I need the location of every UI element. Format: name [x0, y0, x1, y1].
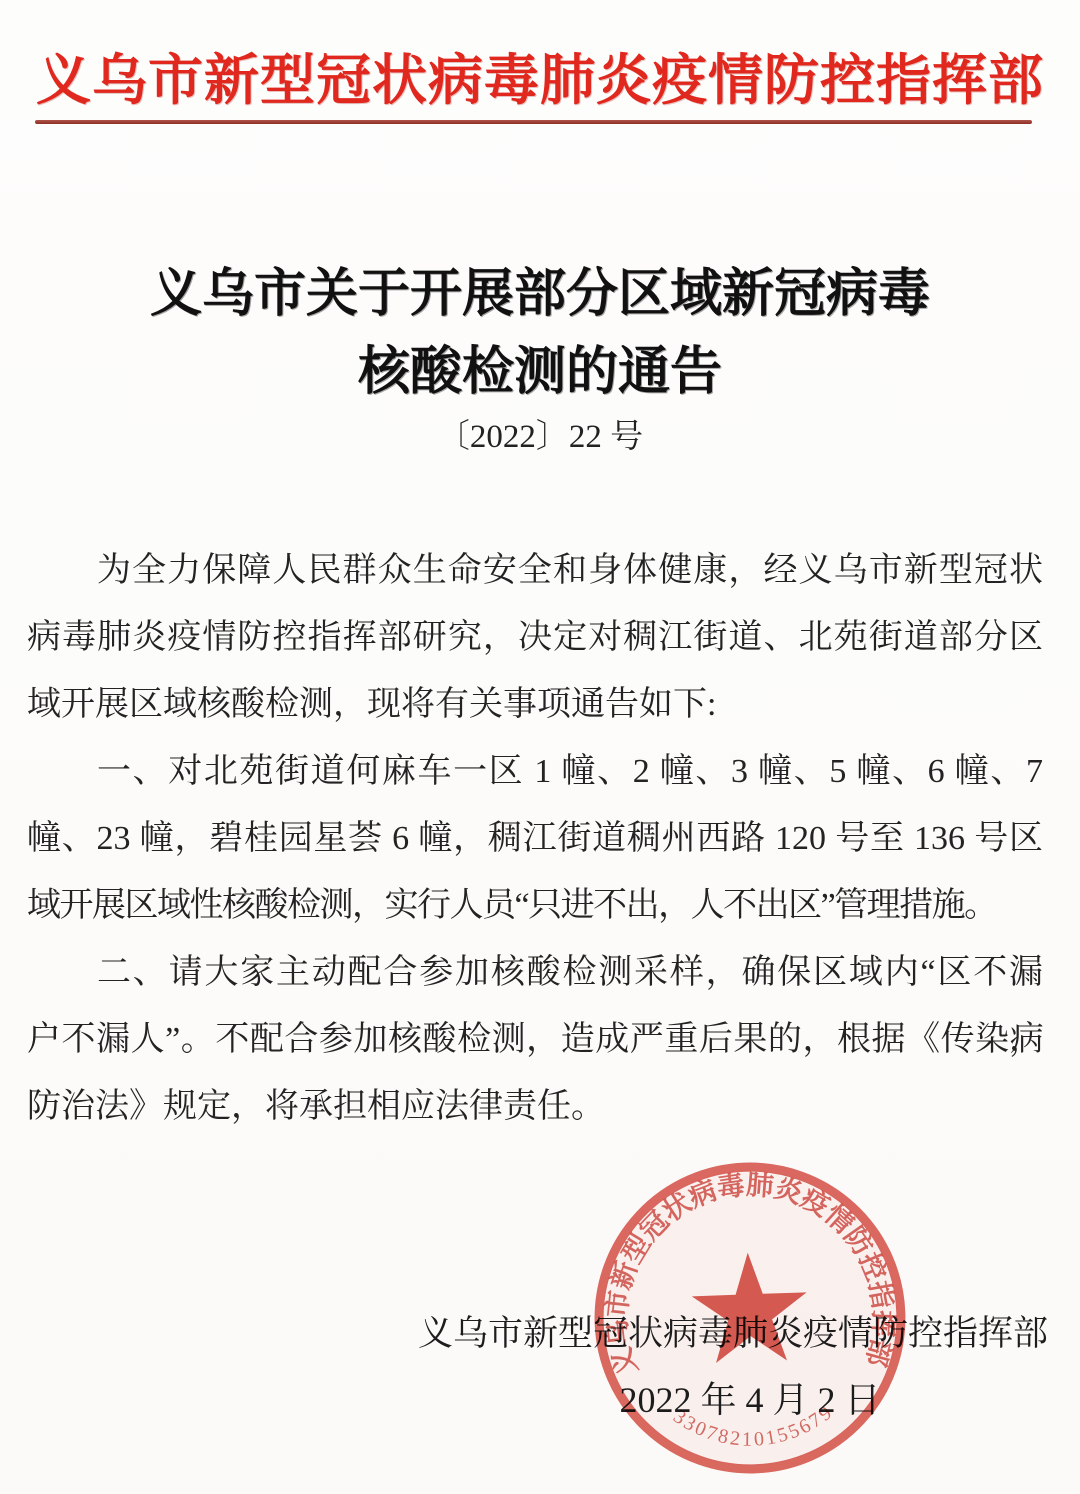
body-line: 域开展区域核酸检测，现将有关事项通告如下:: [27, 671, 1043, 738]
body-line: 幢、23 幢，碧桂园星荟 6 幢，稠江街道稠州西路 120 号至 136 号区: [27, 805, 1043, 872]
notice-title-line2: 核酸检测的通告: [0, 334, 1080, 412]
body-line: 二、请大家主动配合参加核酸检测采样，确保区域内“区不漏户，: [27, 939, 1043, 1006]
official-seal: 义乌市新型冠状病毒肺炎疫情防控指挥部 33078210155679: [578, 1146, 921, 1489]
masthead-divider: [35, 120, 1032, 124]
notice-title: 义乌市关于开展部分区域新冠病毒 核酸检测的通告: [0, 256, 1080, 412]
notice-body: 为全力保障人民群众生命安全和身体健康，经义乌市新型冠状 病毒肺炎疫情防控指挥部研…: [27, 537, 1043, 1140]
body-line: 一、对北苑街道何麻车一区 1 幢、2 幢、3 幢、5 幢、6 幢、7: [27, 738, 1043, 805]
notice-title-line1: 义乌市关于开展部分区域新冠病毒: [0, 256, 1080, 334]
masthead-org-name: 义乌市新型冠状病毒肺炎疫情防控指挥部: [0, 36, 1080, 115]
body-line: 户不漏人”。不配合参加核酸检测，造成严重后果的，根据《传染病: [27, 1006, 1043, 1073]
body-line: 为全力保障人民群众生命安全和身体健康，经义乌市新型冠状: [27, 537, 1043, 604]
body-line: 防治法》规定，将承担相应法律责任。: [27, 1073, 1043, 1140]
doc-number: 〔2022〕22 号: [0, 410, 1080, 457]
document-page: 义乌市新型冠状病毒肺炎疫情防控指挥部 义乌市关于开展部分区域新冠病毒 核酸检测的…: [0, 0, 1080, 1494]
body-line: 域开展区域性核酸检测，实行人员“只进不出，人不出区”管理措施。: [27, 872, 1043, 939]
body-line: 病毒肺炎疫情防控指挥部研究，决定对稠江街道、北苑街道部分区: [27, 604, 1043, 671]
